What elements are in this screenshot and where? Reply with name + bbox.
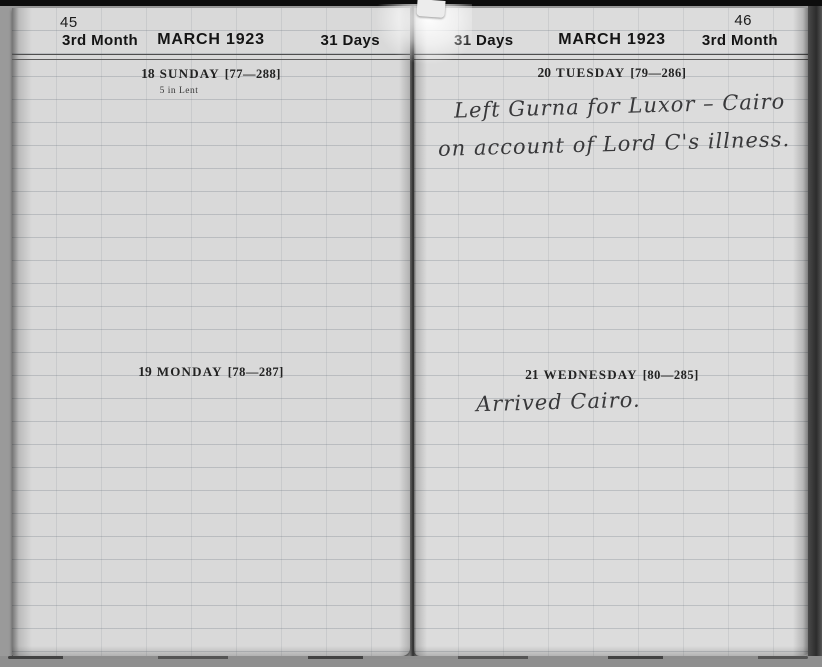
page-number-left: 45: [60, 14, 78, 31]
page-bottom-curl: [12, 646, 410, 656]
handwriting-line: on account of Lord C's illness.: [438, 127, 791, 161]
entry-day: 21: [525, 367, 539, 382]
lent-note: 5 in Lent: [12, 86, 346, 96]
header-rule: [12, 54, 410, 60]
book-edge-right: [808, 6, 822, 661]
header-rule: [414, 54, 810, 60]
right-page: 46 31 Days MARCH 1923 3rd Month 20TUESDA…: [414, 8, 810, 656]
entry-heading-19: 19MONDAY[78—287]: [12, 364, 410, 380]
page-bottom-curl: [414, 646, 810, 656]
handwriting-line: Left Gurna for Luxor – Cairo: [454, 89, 786, 122]
scan-bottom-edge: [0, 656, 822, 667]
header-days-label: 31 Days: [320, 32, 380, 49]
entry-weekday: WEDNESDAY: [544, 367, 638, 382]
header-month-label: 3rd Month: [702, 32, 778, 49]
entry-heading-20: 20TUESDAY[79—286]: [414, 65, 810, 81]
page-bottom-shadow: [8, 656, 808, 659]
entry-weekday: SUNDAY: [160, 66, 220, 81]
left-page: 45 3rd Month MARCH 1923 31 Days 18SUNDAY…: [12, 8, 410, 656]
entry-day-count: [78—287]: [228, 365, 284, 379]
entry-weekday: TUESDAY: [556, 65, 625, 80]
entry-heading-21: 21WEDNESDAY[80—285]: [414, 367, 810, 383]
entry-day: 18: [141, 66, 155, 81]
binding-gutter: [399, 6, 427, 660]
binding-tab: [416, 0, 445, 18]
page-number-right: 46: [734, 12, 752, 29]
entry-day-count: [77—288]: [225, 67, 281, 81]
entry-day-count: [80—285]: [643, 368, 699, 382]
entry-heading-18: 18SUNDAY[77—288]: [12, 66, 410, 82]
entry-day: 20: [538, 65, 552, 80]
diary-scan: 45 3rd Month MARCH 1923 31 Days 18SUNDAY…: [0, 0, 822, 667]
entry-day: 19: [138, 364, 152, 379]
entry-weekday: MONDAY: [157, 364, 223, 379]
entry-day-count: [79—286]: [630, 66, 686, 80]
handwriting-line: Arrived Cairo.: [476, 388, 641, 417]
